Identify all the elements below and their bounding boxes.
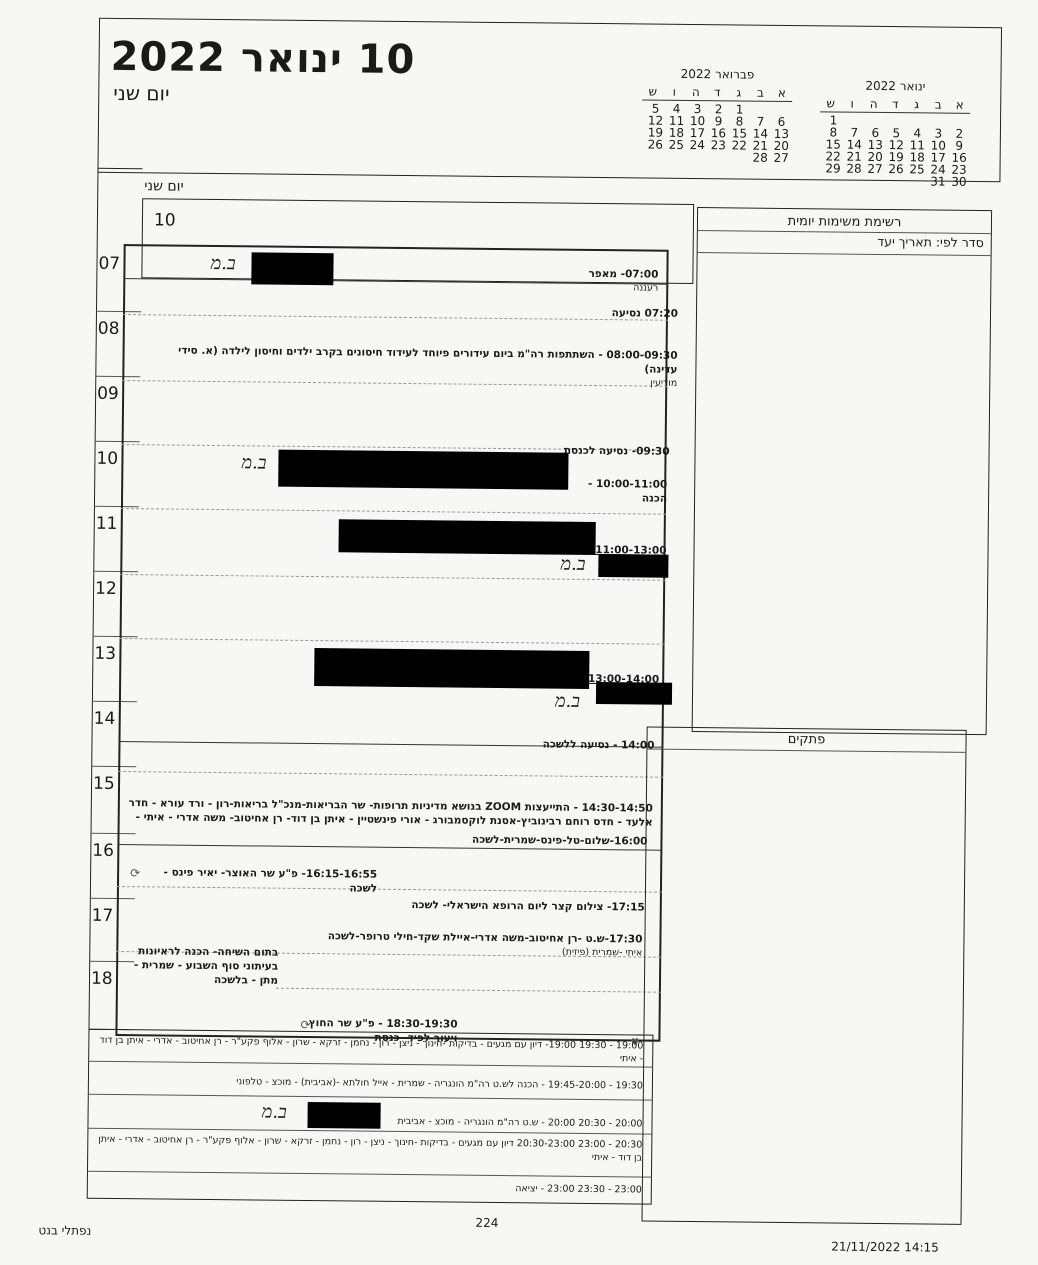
redaction [338, 519, 595, 555]
print-timestamp: 21/11/2022 14:15 [831, 1240, 939, 1255]
daily-tasks-panel [692, 207, 992, 735]
hour-label: 11 [96, 514, 118, 534]
hour-label: 18 [91, 969, 113, 989]
hour-labels: 070809101112131415161718 [6, 0, 1038, 6]
hour-label: 10 [96, 449, 118, 469]
printed-calendar-page: 10 ינואר 2022 יום שני פברואר 2022אבגדהוש… [0, 0, 1038, 1265]
hour-label: 08 [98, 319, 120, 339]
weekday-header: אבגדהוש [642, 85, 792, 102]
mini-calendar-january: ינואר 2022אבגדהוש12345678910111213141516… [819, 79, 970, 188]
hour-label: 15 [93, 774, 115, 794]
hour-label: 17 [92, 906, 114, 926]
weekday-header: אבגדהוש [820, 97, 970, 114]
notes-panel [641, 727, 966, 1225]
event-1000: 10:00-11:00 - הכנה [561, 477, 667, 506]
hour-label: 07 [98, 254, 120, 274]
mini-calendar-february: פברואר 2022אבגדהוש1234567891011121314151… [642, 67, 793, 164]
handwritten-initials: ב.מ [555, 691, 580, 712]
weekday-label: יום שני [113, 81, 169, 106]
page-number: 224 [475, 1216, 498, 1230]
redaction [278, 450, 568, 490]
hour-label: 12 [95, 579, 117, 599]
recurring-icon: ⟳ [300, 1018, 310, 1032]
recurring-icon: ⟳ [130, 866, 140, 880]
event-0800: 08:00-09:30 - השתתפות רה"מ ביום עידורים … [162, 343, 677, 390]
event-1430: 14:30-14:50 - התייעצות ZOOM בנושא מדיניו… [123, 796, 653, 830]
event-0720: 07:20 נסיעה [403, 304, 678, 321]
mini-calendar-title: ינואר 2022 [820, 79, 970, 93]
hour-label: 13 [94, 644, 116, 664]
redaction [598, 554, 668, 578]
event-followup: בתום השיחה- הכנה לראיונות בעיתוני סוף הש… [126, 944, 278, 988]
footer-owner-name: נפתלי בנט [38, 1223, 91, 1238]
hour-label: 09 [97, 384, 119, 404]
handwritten-initials: ב.מ [210, 253, 235, 274]
calendar-week: 2728 [642, 150, 792, 164]
hour-label: 16 [92, 841, 114, 861]
page-title-date: 10 ינואר 2022 [110, 34, 415, 83]
redaction [251, 252, 333, 285]
event-1730: 17:30-ש.ט -רן אחיטוב-משה אדרי-איילת שקד-… [246, 928, 642, 960]
event-1400: 14:00 - נסיעה ללשכה [398, 736, 654, 753]
handwritten-initials: ב.מ [241, 452, 266, 473]
mini-calendar-title: פברואר 2022 [642, 67, 792, 81]
redaction [314, 648, 589, 689]
tasks-sort-label: סדר לפי: תאריך יעד [704, 232, 984, 250]
day-number: 10 [154, 210, 176, 230]
day-column-weekday: יום שני [144, 178, 184, 194]
event-1615: 16:15-16:55- פ"ע שר האוצר- יאיר פינס - ל… [137, 865, 377, 896]
calendar-week: 3031 [819, 174, 969, 188]
handwritten-initials: ב.מ [560, 554, 585, 575]
hour-label: 14 [94, 709, 116, 729]
redaction [596, 682, 672, 705]
event-0700: 07:00- מאפררעננה [333, 264, 658, 295]
tasks-panel-title: רשימת משימות יומית [697, 213, 992, 231]
